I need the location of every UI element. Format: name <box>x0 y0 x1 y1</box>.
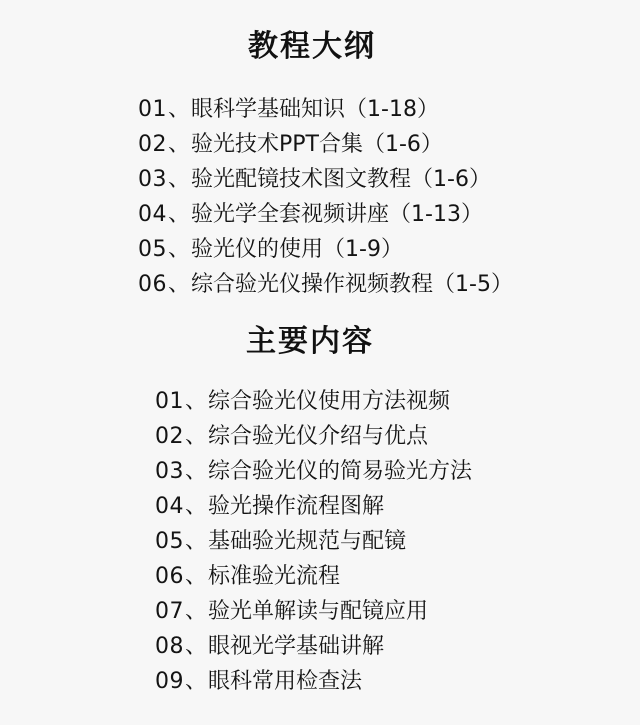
item-text: 眼科学基础知识（1-18） <box>191 99 439 121</box>
item-number: 05 <box>155 531 184 553</box>
item-text: 验光操作流程图解 <box>208 496 384 518</box>
content-item: 04、验光操作流程图解 <box>155 489 472 524</box>
item-text: 眼视光学基础讲解 <box>208 636 384 658</box>
outline-item: 02、验光技术PPT合集（1-6） <box>138 127 513 162</box>
item-number: 06 <box>138 274 167 296</box>
item-text: 验光技术PPT合集（1-6） <box>191 134 443 156</box>
item-number: 05 <box>138 239 167 261</box>
item-number: 01 <box>138 99 167 121</box>
item-separator: 、 <box>185 531 207 553</box>
item-number: 03 <box>138 169 167 191</box>
item-number: 02 <box>155 426 184 448</box>
item-text: 验光单解读与配镜应用 <box>208 601 428 623</box>
item-number: 04 <box>138 204 167 226</box>
item-text: 基础验光规范与配镜 <box>208 531 406 553</box>
item-separator: 、 <box>185 636 207 658</box>
content-item: 02、综合验光仪介绍与优点 <box>155 419 472 454</box>
content-item: 01、综合验光仪使用方法视频 <box>155 384 472 419</box>
item-separator: 、 <box>168 134 190 156</box>
item-separator: 、 <box>185 496 207 518</box>
item-number: 03 <box>155 461 184 483</box>
item-number: 07 <box>155 601 184 623</box>
content-item: 06、标准验光流程 <box>155 559 472 594</box>
item-separator: 、 <box>185 601 207 623</box>
item-separator: 、 <box>168 274 190 296</box>
item-text: 标准验光流程 <box>208 566 340 588</box>
item-separator: 、 <box>168 169 190 191</box>
document-page: 教程大纲 01、眼科学基础知识（1-18） 02、验光技术PPT合集（1-6） … <box>0 0 640 725</box>
outline-item: 06、综合验光仪操作视频教程（1-5） <box>138 267 513 302</box>
item-number: 06 <box>155 566 184 588</box>
item-separator: 、 <box>185 426 207 448</box>
item-text: 验光仪的使用（1-9） <box>191 239 403 261</box>
item-separator: 、 <box>168 239 190 261</box>
item-text: 综合验光仪介绍与优点 <box>208 426 428 448</box>
content-item: 03、综合验光仪的简易验光方法 <box>155 454 472 489</box>
outline-item: 05、验光仪的使用（1-9） <box>138 232 513 267</box>
item-text: 综合验光仪使用方法视频 <box>208 391 450 413</box>
item-number: 04 <box>155 496 184 518</box>
item-text: 验光学全套视频讲座（1-13） <box>191 204 483 226</box>
item-number: 09 <box>155 671 184 693</box>
item-text: 综合验光仪操作视频教程（1-5） <box>191 274 513 296</box>
content-item: 05、基础验光规范与配镜 <box>155 524 472 559</box>
item-separator: 、 <box>168 204 190 226</box>
item-number: 01 <box>155 391 184 413</box>
item-separator: 、 <box>185 391 207 413</box>
content-list: 01、综合验光仪使用方法视频 02、综合验光仪介绍与优点 03、综合验光仪的简易… <box>155 384 472 699</box>
content-title: 主要内容 <box>246 327 374 357</box>
item-number: 02 <box>138 134 167 156</box>
item-separator: 、 <box>185 671 207 693</box>
content-item: 08、眼视光学基础讲解 <box>155 629 472 664</box>
outline-list: 01、眼科学基础知识（1-18） 02、验光技术PPT合集（1-6） 03、验光… <box>138 92 513 302</box>
item-text: 眼科常用检查法 <box>208 671 362 693</box>
item-separator: 、 <box>185 566 207 588</box>
content-item: 09、眼科常用检查法 <box>155 664 472 699</box>
item-number: 08 <box>155 636 184 658</box>
content-item: 07、验光单解读与配镜应用 <box>155 594 472 629</box>
outline-item: 01、眼科学基础知识（1-18） <box>138 92 513 127</box>
outline-title: 教程大纲 <box>248 32 376 62</box>
item-text: 验光配镜技术图文教程（1-6） <box>191 169 491 191</box>
outline-item: 04、验光学全套视频讲座（1-13） <box>138 197 513 232</box>
item-separator: 、 <box>168 99 190 121</box>
item-separator: 、 <box>185 461 207 483</box>
outline-item: 03、验光配镜技术图文教程（1-6） <box>138 162 513 197</box>
item-text: 综合验光仪的简易验光方法 <box>208 461 472 483</box>
